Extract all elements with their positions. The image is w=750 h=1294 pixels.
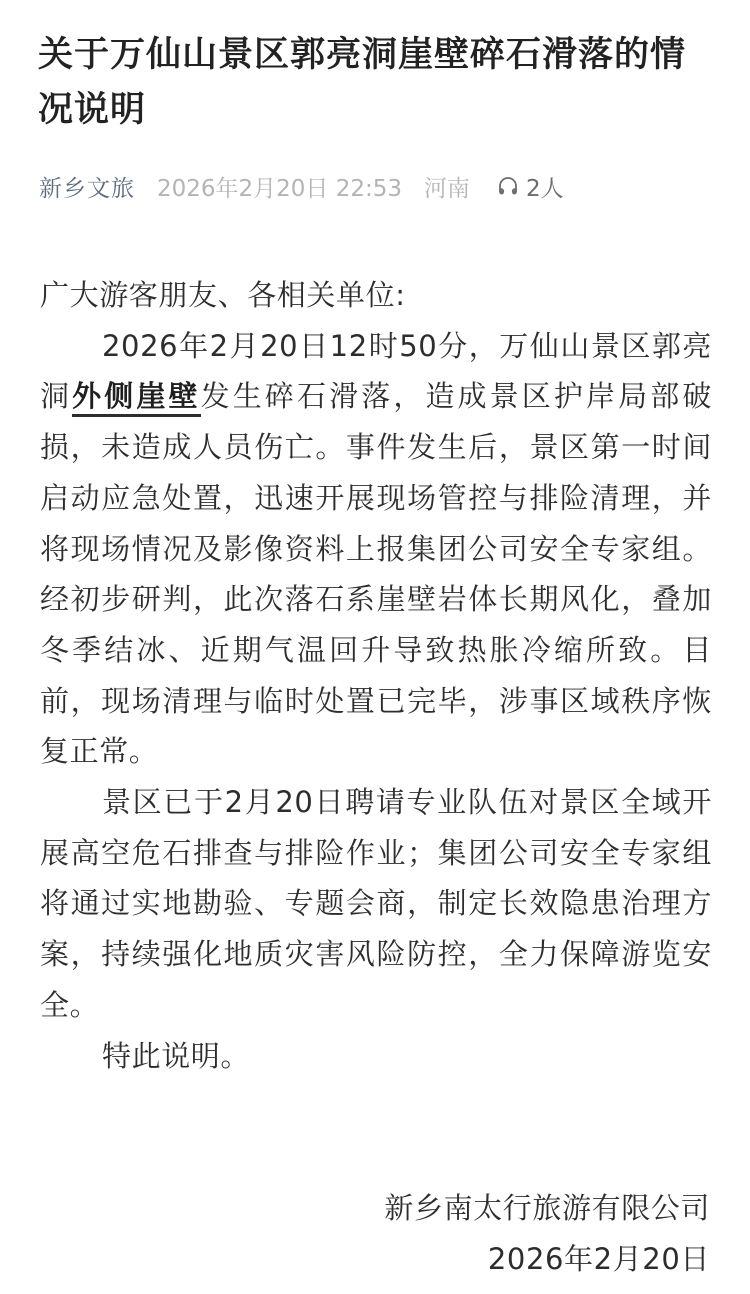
headphones-icon (496, 174, 520, 198)
article-title: 关于万仙山景区郭亮洞崖壁碎石滑落的情况说明 (38, 28, 718, 138)
signature-date: 2026年2月20日 (384, 1234, 710, 1285)
paragraph-followup: 景区已于2月20日聘请专业队伍对景区全域开展高空危石排查与排险作业；集团公司安全… (40, 777, 712, 1031)
article-body: 广大游客朋友、各相关单位: 2026年2月20日12时50分，万仙山景区郭亮洞外… (40, 270, 712, 1081)
article-meta: 新乡文旅 2026年2月20日 22:53 河南 2人 (39, 168, 564, 204)
listener-count: 2人 (526, 170, 564, 203)
highlighted-term-link[interactable]: 外侧崖壁 (72, 379, 200, 417)
publish-datetime: 2026年2月20日 22:53 (157, 170, 402, 203)
paragraph-incident-rest: 发生碎石滑落，造成景区护岸局部破损，未造成人员伤亡。事件发生后，景区第一时间启动… (40, 379, 712, 768)
source-account-link[interactable]: 新乡文旅 (39, 170, 135, 203)
listen-button[interactable]: 2人 (496, 170, 564, 203)
paragraph-incident: 2026年2月20日12时50分，万仙山景区郭亮洞外侧崖壁发生碎石滑落，造成景区… (40, 321, 712, 777)
closing-line: 特此说明。 (40, 1031, 712, 1082)
signature-block: 新乡南太行旅游有限公司 2026年2月20日 (384, 1183, 710, 1284)
signature-organization: 新乡南太行旅游有限公司 (384, 1183, 710, 1234)
salutation: 广大游客朋友、各相关单位: (40, 270, 712, 321)
publish-location: 河南 (424, 170, 470, 203)
